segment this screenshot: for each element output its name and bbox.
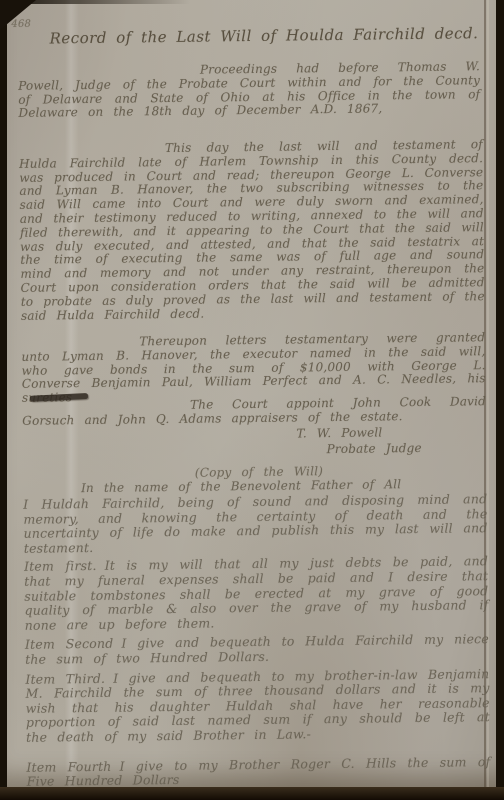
will-item-label: Item Fourth	[26, 758, 111, 774]
probate-order-paragraph: This day the last will and testament of …	[19, 138, 485, 323]
will-item-label: Item Second	[25, 636, 114, 652]
will-preamble: I Huldah Fairchild, being of sound and d…	[23, 492, 488, 556]
judge-title: Probate Judge	[327, 441, 487, 457]
will-item-label: Item Third.	[25, 670, 105, 686]
will-body: I Huldah Fairchild, being of sound and d…	[23, 492, 491, 794]
appraisers-paragraph: The Court appoint John Cook David Gorsuc…	[22, 395, 486, 428]
will-item-label: Item first.	[24, 558, 97, 574]
proceedings-paragraph: Proceedings had before Thomas W. Powell,…	[18, 60, 481, 121]
handwriting-layer: 468 Record of the Last Will of Houlda Fa…	[0, 0, 504, 800]
will-item-second: Item SecondI give and bequeath to Hulda …	[25, 632, 489, 667]
photo-bottom-edge	[0, 787, 504, 800]
will-item-third: Item Third.I give and bequeath to my bro…	[25, 667, 490, 746]
will-item-fourth: Item FourthI give to my Brother Roger C.…	[26, 755, 490, 790]
ledger-photo: 468 Record of the Last Will of Houlda Fa…	[0, 0, 504, 800]
record-title: Record of the Last Will of Houlda Fairch…	[49, 27, 485, 46]
will-item-first: Item first.It is my will that all my jus…	[24, 555, 489, 634]
page-number: 468	[11, 18, 31, 32]
judge-signature: T. W. Powell	[296, 426, 456, 442]
